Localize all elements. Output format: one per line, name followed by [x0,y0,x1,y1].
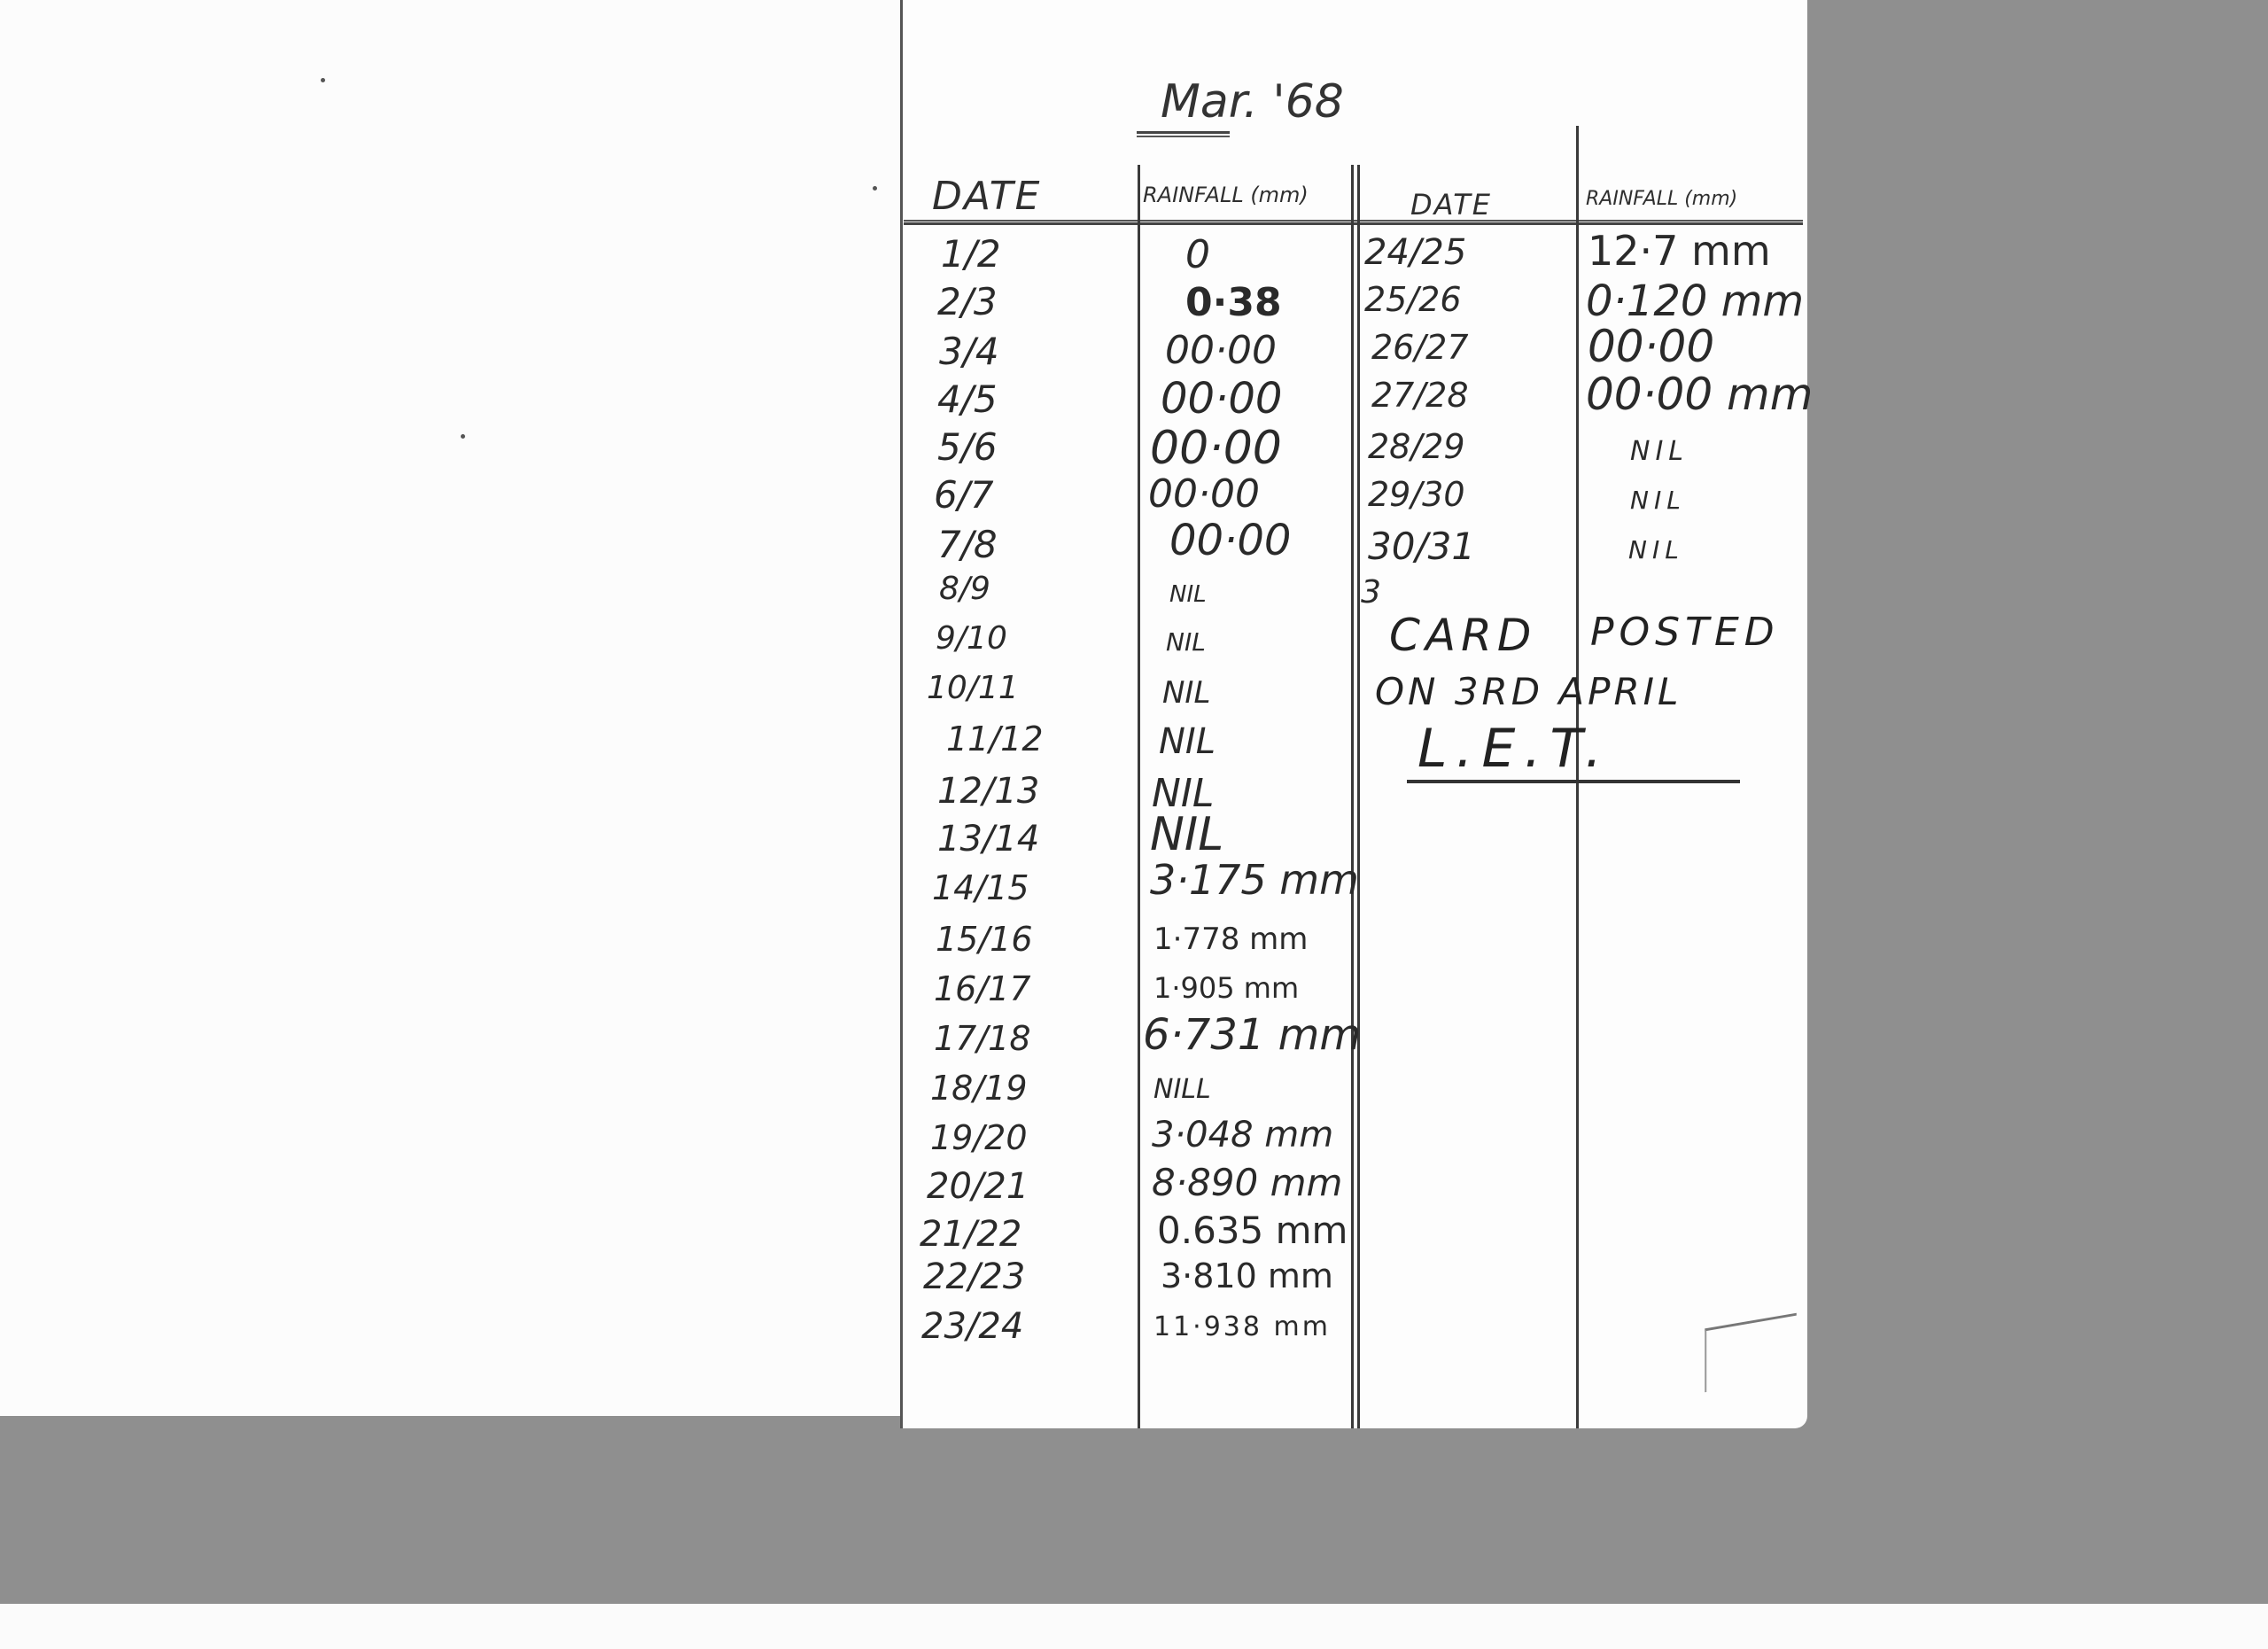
date-cell: 21/22 [920,1214,1021,1255]
rainfall-cell: 00·00 [1588,321,1714,372]
date-cell: 15/16 [936,920,1033,959]
date-cell: 24/25 [1364,232,1466,273]
rainfall-cell: 3·175 mm [1150,856,1359,904]
date-cell: 4/5 [937,377,998,421]
date-cell: 13/14 [937,819,1039,860]
column-divider [1351,165,1354,1428]
rainfall-cell: 00·00 [1161,374,1282,424]
rainfall-cell: 00·00 mm [1586,369,1813,420]
note-posted: POSTED [1590,610,1780,655]
date-cell: 27/28 [1371,376,1469,415]
rainfall-cell: 00·00 [1148,471,1260,517]
date-cell: 8/9 [939,571,990,607]
speck [461,434,465,439]
rainfall-cell: 0.635 mm [1157,1209,1348,1252]
date-cell: 20/21 [927,1166,1029,1207]
date-cell: 19/20 [930,1118,1028,1157]
title-underline [1137,136,1230,137]
rainfall-cell: 00·00 [1150,422,1282,475]
speck [321,78,325,82]
date-cell: 28/29 [1368,427,1465,466]
page-title: Mar. '68 [1161,75,1344,128]
header-date-left: DATE [932,174,1041,219]
rainfall-cell: 3·048 mm [1152,1115,1333,1155]
signature: L.E.T. [1417,718,1611,780]
rainfall-cell: 00·00 [1165,328,1277,373]
rainfall-cell: NILL [1153,1074,1211,1105]
rainfall-cell: NIL [1162,675,1210,711]
header-date-right: DATE [1410,188,1492,222]
rainfall-cell: 1·905 mm [1153,971,1299,1005]
date-cell: 17/18 [934,1019,1031,1058]
date-cell: 23/24 [921,1306,1023,1347]
column-divider [1357,165,1360,1428]
speck [873,186,877,191]
date-cell: 9/10 [936,620,1007,657]
rainfall-cell: 8·890 mm [1152,1161,1342,1204]
date-cell: 30/31 [1368,525,1475,568]
rainfall-cell: 11·938 mm [1153,1311,1331,1342]
rainfall-cell: 12·7 mm [1588,227,1771,275]
date-cell: 3/4 [939,330,999,373]
date-cell: 11/12 [946,719,1044,758]
note-card: CARD [1389,610,1536,661]
rainfall-cell: 3·810 mm [1161,1256,1333,1295]
rainfall-cell: 0 [1185,232,1210,277]
header-rainfall-right: RAINFALL (mm) [1586,188,1737,210]
date-cell: 25/26 [1364,280,1462,319]
header-rainfall-left: RAINFALL (mm) [1143,183,1309,207]
title-underline [1137,131,1230,134]
date-cell: 7/8 [937,523,998,566]
date-cell: 10/11 [927,670,1019,706]
date-cell: 6/7 [934,473,994,517]
date-cell: 12/13 [937,771,1039,812]
date-cell: 3 [1361,574,1381,611]
rainfall-cell: 6·731 mm [1143,1010,1361,1060]
signature-underline [1407,780,1740,783]
rainfall-cell: 00·00 [1169,516,1291,565]
rainfall-cell: NIL [1630,436,1689,467]
note-date: ON 3RD APRIL [1375,670,1682,713]
rainfall-cell: 1·778 mm [1153,922,1308,957]
date-cell: 18/19 [930,1069,1028,1108]
scan-bottom-margin [0,1604,2268,1649]
rainfall-cell: NIL [1150,808,1223,861]
rainfall-cell: NIL [1630,486,1686,515]
rainfall-cell: 0·38 [1185,280,1282,325]
date-cell: 2/3 [937,280,998,323]
date-cell: 29/30 [1368,475,1465,514]
rainfall-cell: NIL [1166,627,1206,657]
rainfall-cell: 0·120 mm [1586,276,1804,326]
date-cell: 16/17 [934,969,1031,1008]
left-page-blank [0,0,902,1416]
date-cell: 22/23 [923,1256,1025,1297]
page-gutter [900,0,903,1428]
date-cell: 26/27 [1371,328,1469,367]
rainfall-cell: NIL [1169,581,1207,608]
date-cell: 5/6 [937,425,998,469]
date-cell: 1/2 [941,232,1001,276]
column-divider [1138,165,1140,1428]
date-cell: 14/15 [932,868,1029,907]
rainfall-cell: NIL [1159,721,1216,762]
rainfall-cell: NIL [1628,535,1684,564]
